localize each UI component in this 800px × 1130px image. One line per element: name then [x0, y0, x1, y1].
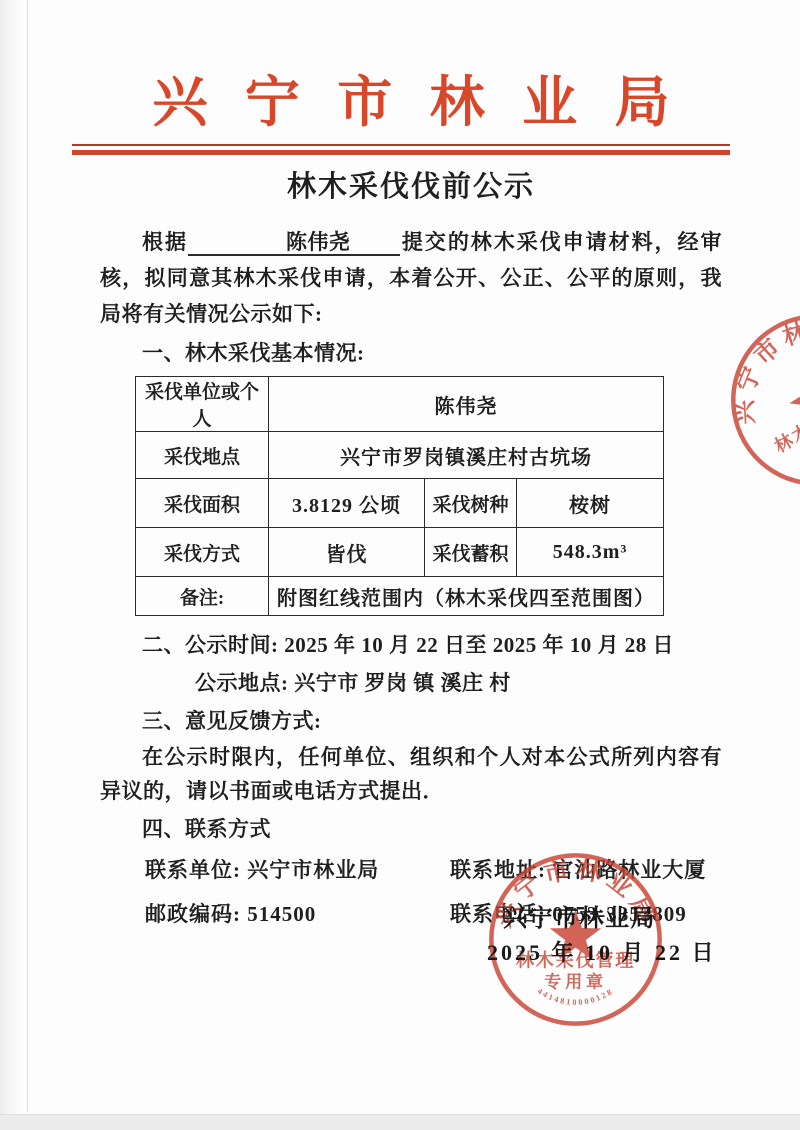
- section-4-heading: 四、联系方式: [100, 812, 722, 846]
- intro-paragraph: 根据陈伟尧提交的林木采伐申请材料，经审核，拟同意其林木采伐申请，本着公开、公正、…: [100, 224, 722, 332]
- intro-prefix: 根据: [142, 230, 188, 254]
- applicant-name-underlined: 陈伟尧: [188, 230, 401, 256]
- table-cell-label: 采伐树种: [425, 479, 517, 528]
- table-cell-value: 皆伐: [269, 528, 425, 577]
- table-cell-value: 附图红线范围内（林木采伐四至范围图）: [269, 577, 664, 616]
- table-cell-value: 3.8129 公顷: [269, 479, 425, 528]
- table-cell-label: 采伐方式: [136, 528, 269, 577]
- section-2-place: 公示地点: 兴宁市 罗岗 镇 溪庄 村: [100, 666, 722, 700]
- contact-unit: 联系单位: 兴宁市林业局: [145, 854, 450, 886]
- table-cell-value: 548.3m³: [517, 528, 664, 577]
- feedback-paragraph: 在公示时限内，任何单位、组织和个人对本公式所列内容有异议的，请以书面或电话方式提…: [100, 740, 722, 808]
- table-row-remarks: 备注: 附图红线范围内（林木采伐四至范围图）: [136, 577, 664, 616]
- scan-edge-line: [27, 0, 28, 1112]
- seal-band-text: 林木采伐管理: [771, 379, 800, 457]
- star-icon: [780, 361, 800, 429]
- agency-header: 兴宁市林业局: [100, 74, 722, 132]
- postal-code: 邮政编码: 514500: [145, 898, 450, 930]
- table-cell-label: 采伐单位或个人: [136, 377, 269, 432]
- harvest-info-table: 采伐单位或个人 陈伟尧 采伐地点 兴宁市罗岗镇溪庄村古坑场 采伐面积 3.812…: [135, 376, 664, 616]
- table-cell-label: 采伐蓄积: [425, 528, 517, 577]
- table-row-method-volume: 采伐方式 皆伐 采伐蓄积 548.3m³: [136, 528, 664, 577]
- table-row-area-species: 采伐面积 3.8129 公顷 采伐树种 桉树: [136, 479, 664, 528]
- section-1-heading: 一、林木采伐基本情况:: [100, 336, 722, 370]
- table-row-location: 采伐地点 兴宁市罗岗镇溪庄村古坑场: [136, 432, 664, 479]
- table-row-unit: 采伐单位或个人 陈伟尧: [136, 377, 664, 432]
- signature-date: 2025 年 10 月 22 日: [487, 936, 717, 967]
- section-2-time: 二、公示时间: 2025 年 10 月 22 日至 2025 年 10 月 28…: [100, 628, 722, 662]
- document-title: 林木采伐伐前公示: [100, 170, 722, 204]
- table-cell-value: 陈伟尧: [269, 377, 664, 432]
- section-3-heading: 三、意见反馈方式:: [100, 704, 722, 738]
- table-cell-value: 兴宁市罗岗镇溪庄村古坑场: [269, 432, 664, 479]
- table-cell-label: 采伐地点: [136, 432, 269, 479]
- header-divider: [72, 144, 730, 155]
- table-cell-value: 桉树: [517, 479, 664, 528]
- seal-band-text-2: 专用章: [544, 971, 606, 991]
- table-cell-label: 采伐面积: [136, 479, 269, 528]
- scan-bottom-edge: [0, 1114, 800, 1130]
- document-page: 兴宁市林业局 林木采伐伐前公示 根据陈伟尧提交的林木采伐申请材料，经审核，拟同意…: [0, 0, 800, 1130]
- table-cell-label: 备注:: [136, 577, 269, 616]
- signature-agency: 兴宁市林业局: [503, 898, 656, 933]
